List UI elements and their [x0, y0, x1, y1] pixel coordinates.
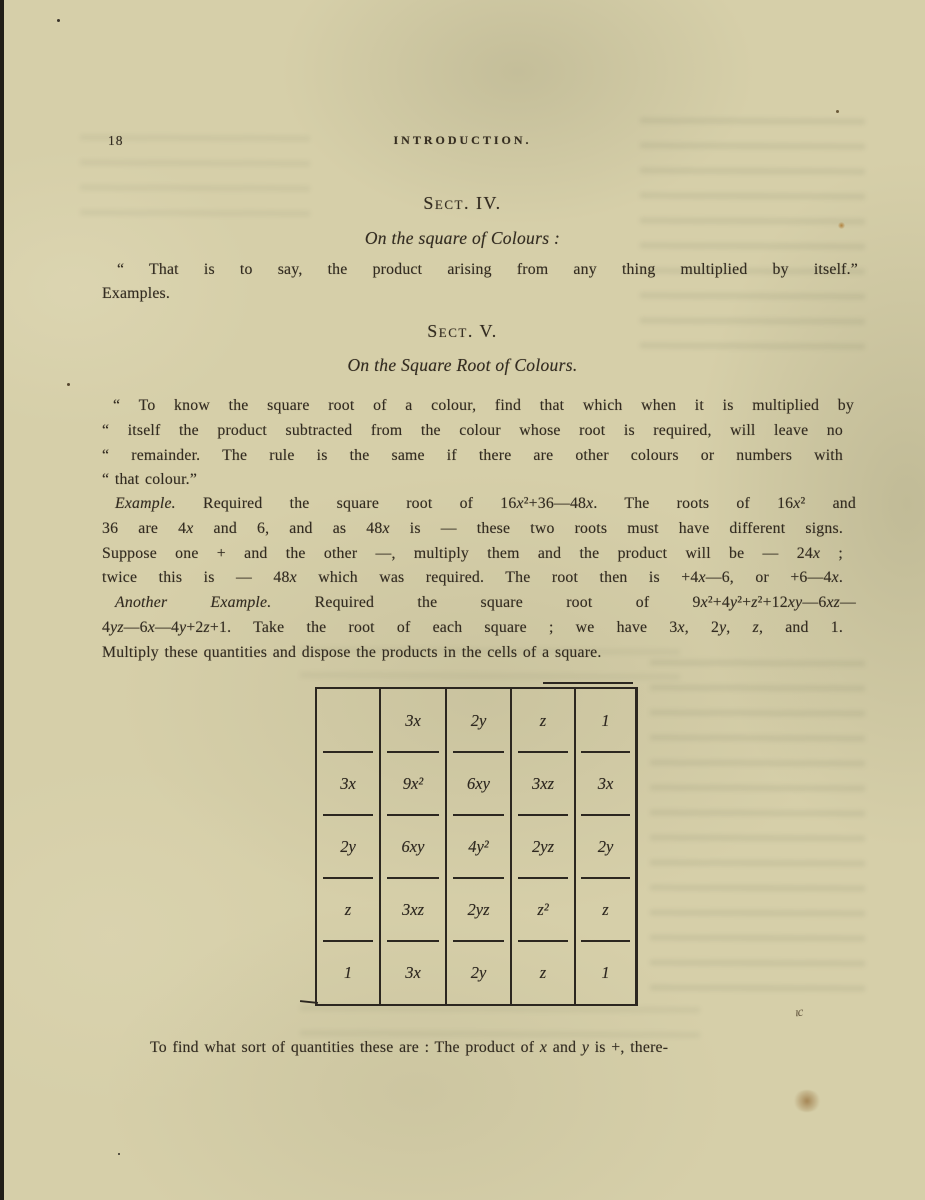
scan-edge-shadow	[0, 0, 4, 1200]
text-segment: and 6, and as 48	[193, 520, 382, 537]
text-segment: x	[516, 495, 523, 512]
text-segment: xz	[826, 594, 840, 611]
bleed-through	[650, 659, 865, 1000]
paragraph-line: “ That is to say, the product arising fr…	[102, 258, 858, 282]
text-segment: ,	[726, 619, 752, 636]
sect5-heading: Sect. V.	[0, 321, 925, 342]
table-cell: 2y	[445, 941, 510, 1004]
table-cell: z²	[510, 878, 574, 941]
table-cell: 1	[574, 689, 635, 752]
text-segment: .	[839, 569, 843, 586]
text-segment: ²+	[737, 594, 751, 611]
text-segment: Multiply these quantities and dispose th…	[102, 644, 602, 661]
sect4-heading: Sect. IV.	[0, 193, 925, 214]
text-segment: —6	[124, 619, 148, 636]
text-segment: +2	[186, 619, 203, 636]
text-segment: ;	[820, 545, 843, 562]
paragraph-line: twice this is — 48x which was required. …	[102, 566, 843, 590]
text-segment: ²+36—48	[524, 495, 586, 512]
table-cell: z	[574, 878, 635, 941]
text-segment: x	[677, 619, 684, 636]
text-segment: ² and	[801, 495, 856, 512]
ink-speck	[57, 19, 60, 22]
table-cell: 2yz	[510, 815, 574, 878]
text-segment: ²+12	[758, 594, 788, 611]
text-segment: “ remainder. The rule is the same if the…	[102, 447, 843, 464]
text-segment: yz	[110, 619, 124, 636]
text-segment: x	[701, 594, 708, 611]
table-cell: 2y	[317, 815, 379, 878]
ink-speck	[118, 1153, 120, 1155]
paragraph-line: Examples.	[102, 282, 843, 306]
text-segment: “ That is to say, the product arising fr…	[117, 261, 858, 278]
text-segment: twice this is — 48	[102, 569, 290, 586]
ink-speck	[67, 383, 70, 386]
text-segment: Example.	[115, 495, 176, 512]
paragraph-line: Example. Required the square root of 16x…	[102, 492, 856, 516]
stain	[792, 1090, 822, 1112]
paragraph-line: “ remainder. The rule is the same if the…	[102, 444, 843, 468]
text-segment: —6, or +6—4	[706, 569, 832, 586]
text-segment: “ itself the product subtracted from the…	[102, 422, 843, 439]
text-segment: x	[793, 495, 800, 512]
table-cell: 6xy	[379, 815, 445, 878]
text-segment: , 2	[685, 619, 719, 636]
paragraph-line: 4yz—6x—4y+2z+1. Take the root of each sq…	[102, 616, 843, 640]
table-cell: 3xz	[510, 752, 574, 815]
text-segment: is — these two roots must have different…	[390, 520, 843, 537]
paragraph-line: To find what sort of quantities these ar…	[102, 1036, 891, 1060]
sect4-subheading: On the square of Colours :	[0, 228, 925, 249]
text-segment: 36 are 4	[102, 520, 186, 537]
text-segment: x	[383, 520, 390, 537]
paragraph-line: Another Example. Required the square roo…	[102, 591, 856, 615]
table-cell: 1	[317, 941, 379, 1004]
paragraph-line: 36 are 4x and 6, and as 48x is — these t…	[102, 517, 843, 541]
text-segment: “ that colour.”	[102, 471, 197, 488]
table-cell: 2y	[574, 815, 635, 878]
table-cell: 3x	[317, 752, 379, 815]
table-cell: 4y²	[445, 815, 510, 878]
paragraph-line: “ To know the square root of a colour, f…	[102, 394, 854, 418]
text-segment: x	[832, 569, 839, 586]
text-segment: , and 1.	[759, 619, 843, 636]
text-segment: To find what sort of quantities these ar…	[150, 1039, 540, 1056]
text-segment: Another Example.	[115, 594, 271, 611]
table-cell: 2yz	[445, 878, 510, 941]
product-table: 3x2yz13x9x²6xy3xz3x2y6xy4y²2yz2yz3xz2yzz…	[315, 687, 638, 1006]
paragraph-line: Multiply these quantities and dispose th…	[102, 641, 843, 665]
text-segment: —4	[155, 619, 179, 636]
running-header: INTRODUCTION.	[0, 133, 925, 148]
table-cell: 3x	[574, 752, 635, 815]
text-segment: which was required. The root then is +4	[297, 569, 699, 586]
table-cell: z	[510, 941, 574, 1004]
table-cell	[317, 689, 379, 752]
text-segment: x	[148, 619, 155, 636]
text-segment: is +, there-	[589, 1039, 668, 1056]
table-cell: 2y	[445, 689, 510, 752]
paragraph-line: “ itself the product subtracted from the…	[102, 419, 843, 443]
table-cell: 1	[574, 941, 635, 1004]
text-segment: y	[582, 1039, 589, 1056]
handwritten-mark: ıc	[794, 1004, 803, 1021]
text-segment: Examples.	[102, 285, 170, 302]
text-segment: x	[698, 569, 705, 586]
text-segment: xy	[788, 594, 802, 611]
sect5-subheading: On the Square Root of Colours.	[0, 355, 925, 376]
ink-speck	[836, 110, 839, 113]
text-segment: Required the square root of 16	[176, 495, 517, 512]
paragraph-line: Suppose one + and the other —, multiply …	[102, 542, 843, 566]
text-segment: —	[840, 594, 856, 611]
text-segment: Suppose one + and the other —, multiply …	[102, 545, 813, 562]
table-cell: 6xy	[445, 752, 510, 815]
table-cell: z	[510, 689, 574, 752]
text-segment: ²+4	[708, 594, 730, 611]
text-segment: 4	[102, 619, 110, 636]
text-segment: —6	[802, 594, 826, 611]
text-segment: x	[290, 569, 297, 586]
scanned-book-page: { "page": { "number": "18", "running_hea…	[0, 0, 925, 1200]
table-cell: 3x	[379, 689, 445, 752]
table-cell: 3xz	[379, 878, 445, 941]
paragraph-line: “ that colour.”	[102, 468, 843, 492]
text-segment: and	[547, 1039, 582, 1056]
table-cell: 3x	[379, 941, 445, 1004]
table-cell: z	[317, 878, 379, 941]
text-segment: Required the square root of 9	[271, 594, 700, 611]
text-segment: “ To know the square root of a colour, f…	[113, 397, 854, 414]
table-cell: 9x²	[379, 752, 445, 815]
text-segment: +1. Take the root of each square ; we ha…	[210, 619, 678, 636]
table-overline-artifact	[543, 682, 633, 684]
text-segment: . The roots of 16	[593, 495, 793, 512]
